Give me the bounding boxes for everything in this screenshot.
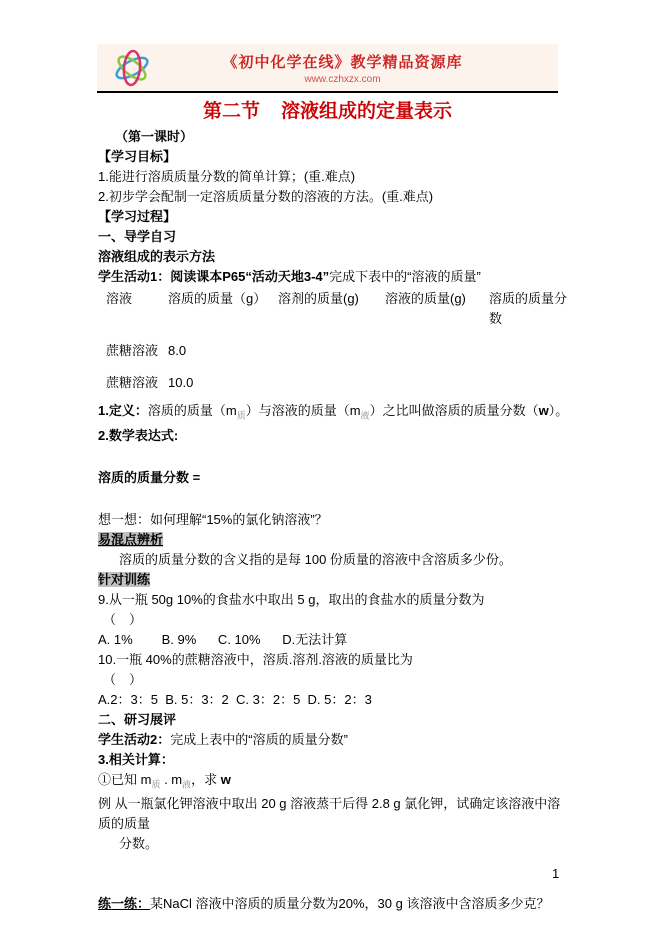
table-cell: 溶剂的质量(g)	[278, 289, 385, 329]
table-cell	[278, 341, 385, 361]
text-run: 例 从一瓶氯化钾溶液中取出 20 g 溶液蒸干后得 2.8 g 氯化钾，试确定该…	[98, 796, 560, 831]
table-header-row: 溶液溶质的质量（g）溶剂的质量(g)溶液的质量(g)溶质的质量分数	[98, 289, 570, 329]
text-run: . m	[160, 772, 182, 787]
section-targeted-practice: 针对训练	[98, 570, 570, 590]
text-line: 2.数学表达式:	[98, 426, 570, 446]
text-run: ）。	[549, 403, 569, 418]
text-run: 液	[361, 411, 370, 421]
text-run: ①已知 m	[98, 772, 151, 787]
text-line: 1.定义：溶质的质量（m质）与溶液的质量（m液）之比叫做溶质的质量分数（w）。	[98, 401, 570, 426]
atom-icon	[109, 47, 155, 89]
text-line: 学生活动1：阅读课本P65“活动天地3-4”完成下表中的“溶液的质量”	[98, 267, 570, 287]
text-line: A. 1% B. 9% C. 10% D.无法计算	[98, 630, 570, 650]
text-run: ，求	[191, 772, 221, 787]
text-line: 溶质的质量分数的含义指的是每 100 份质量的溶液中含溶质多少份。	[98, 550, 570, 570]
site-title: 《初中化学在线》教学精品资源库	[167, 51, 518, 72]
text-run: w	[221, 772, 231, 787]
table-cell: 溶质的质量（g）	[168, 289, 278, 329]
document-body: （第一课时）【学习目标】1.能进行溶质质量分数的简单计算；(重.难点)2.初步学…	[98, 122, 570, 914]
table-cell: 溶液的质量(g)	[385, 289, 489, 329]
table-cell: 8.0	[168, 341, 278, 361]
text-line: 10.一瓶 40%的蔗糖溶液中，溶质.溶剂.溶液的质量比为	[98, 650, 570, 670]
text-run: 【学习目标】	[98, 149, 176, 164]
text-line: 溶液组成的表示方法	[98, 247, 570, 267]
text-run: 分数。	[119, 836, 158, 851]
table-cell: 蔗糖溶液	[106, 373, 168, 393]
text-run: A.2：3：5 B. 5：3：2 C. 3：2：5 D. 5：2：3	[98, 692, 372, 707]
text-line: 例 从一瓶氯化钾溶液中取出 20 g 溶液蒸干后得 2.8 g 氯化钾，试确定该…	[98, 794, 570, 834]
text-run: 二、研习展评	[98, 712, 176, 727]
text-run: （第一课时）	[115, 129, 193, 144]
document-page: 《初中化学在线》教学精品资源库 www.czhxzx.com 第二节 溶液组成的…	[0, 0, 661, 935]
table-row: 蔗糖溶液8.0	[98, 341, 570, 361]
text-run: 质	[237, 411, 246, 421]
table-row: 蔗糖溶液10.0	[98, 373, 570, 393]
text-run: 学生活动2：	[98, 732, 170, 747]
text-run: 液	[182, 779, 191, 789]
text-run: 学生活动1：阅读课本P65“活动天地3-4”	[98, 269, 329, 284]
text-run: 10.一瓶 40%的蔗糖溶液中，溶质.溶剂.溶液的质量比为	[98, 652, 413, 667]
text-line: 想一想：如何理解“15%的氯化钠溶液”？	[98, 510, 570, 530]
page-number: 1	[552, 866, 559, 881]
text-run: （ ）	[103, 612, 142, 627]
text-run: 一、导学自习	[98, 229, 176, 244]
table-cell: 10.0	[168, 373, 278, 393]
practice-line: 练一练：某NaCl 溶液中溶质的质量分数为20%，30 g 该溶液中含溶质多少克…	[98, 894, 570, 914]
site-logo	[97, 47, 167, 89]
table-cell	[385, 373, 489, 393]
text-line: 学生活动2：完成上表中的“溶质的质量分数”	[98, 730, 570, 750]
table-cell: 蔗糖溶液	[106, 341, 168, 361]
text-run: 溶液组成的表示方法	[98, 249, 215, 264]
section-learning-process: 【学习过程】	[98, 207, 570, 227]
text-line: 3.相关计算：	[98, 750, 570, 770]
text-run: 完成下表中的“溶液的质量”	[329, 269, 481, 284]
section-learning-goals: 【学习目标】	[98, 147, 570, 167]
table-cell	[278, 373, 385, 393]
site-header: 《初中化学在线》教学精品资源库 www.czhxzx.com	[97, 44, 558, 91]
table-cell	[489, 373, 570, 393]
text-line: ①已知 m质 . m液，求 w	[98, 770, 570, 795]
text-run: ）与溶液的质量（m	[246, 403, 361, 418]
lesson-subtitle: （第一课时）	[98, 127, 570, 147]
text-run: 某NaCl 溶液中溶质的质量分数为20%，30 g 该溶液中含溶质多少克？	[150, 896, 549, 911]
text-run: 溶质的质量分数 =	[98, 470, 200, 485]
text-line: 分数。	[98, 834, 570, 854]
text-run: 溶质的质量（m	[148, 403, 237, 418]
text-line: 1.能进行溶质质量分数的简单计算；(重.难点)	[98, 167, 570, 187]
site-url: www.czhxzx.com	[167, 74, 518, 85]
header-divider	[97, 91, 558, 93]
text-run: ）之比叫做溶质的质量分数（	[370, 403, 539, 418]
text-run: 3.相关计算：	[98, 752, 174, 767]
site-header-text: 《初中化学在线》教学精品资源库 www.czhxzx.com	[167, 51, 558, 85]
document-title: 第二节 溶液组成的定量表示	[97, 96, 558, 123]
text-run: 想一想：如何理解“15%的氯化钠溶液”？	[98, 512, 328, 527]
text-line: （ ）	[98, 670, 570, 690]
text-line: 9.从一瓶 50g 10%的食盐水中取出 5 g，取出的食盐水的质量分数为	[98, 590, 570, 610]
text-run: w	[539, 403, 549, 418]
text-run: 练一练：	[98, 896, 150, 911]
text-run: （ ）	[103, 672, 142, 687]
text-run: 1.定义：	[98, 403, 148, 418]
text-run: 2.数学表达式:	[98, 428, 178, 443]
table-cell: 溶液	[106, 289, 168, 329]
text-run: 溶质的质量分数的含义指的是每 100 份质量的溶液中含溶质多少份。	[119, 552, 512, 567]
table-cell	[385, 341, 489, 361]
text-line: 二、研习展评	[98, 710, 570, 730]
text-line: 溶质的质量分数 =	[98, 468, 570, 488]
text-line: A.2：3：5 B. 5：3：2 C. 3：2：5 D. 5：2：3	[98, 690, 570, 710]
text-run: 针对训练	[98, 572, 150, 587]
table-cell: 溶质的质量分数	[489, 289, 570, 329]
text-run: 【学习过程】	[98, 209, 176, 224]
text-run: 易混点辨析	[98, 532, 163, 547]
text-run: 9.从一瓶 50g 10%的食盐水中取出 5 g，取出的食盐水的质量分数为	[98, 592, 484, 607]
text-line: 一、导学自习	[98, 227, 570, 247]
text-run: 2.初步学会配制一定溶质质量分数的溶液的方法。(重.难点)	[98, 189, 433, 204]
text-run: A. 1% B. 9% C. 10% D.无法计算	[98, 632, 347, 647]
text-line: （ ）	[98, 610, 570, 630]
section-confusable-points: 易混点辨析	[98, 530, 570, 550]
text-run: 1.能进行溶质质量分数的简单计算；(重.难点)	[98, 169, 355, 184]
table-cell	[489, 341, 570, 361]
text-line: 2.初步学会配制一定溶质质量分数的溶液的方法。(重.难点)	[98, 187, 570, 207]
text-run: 完成上表中的“溶质的质量分数”	[170, 732, 348, 747]
